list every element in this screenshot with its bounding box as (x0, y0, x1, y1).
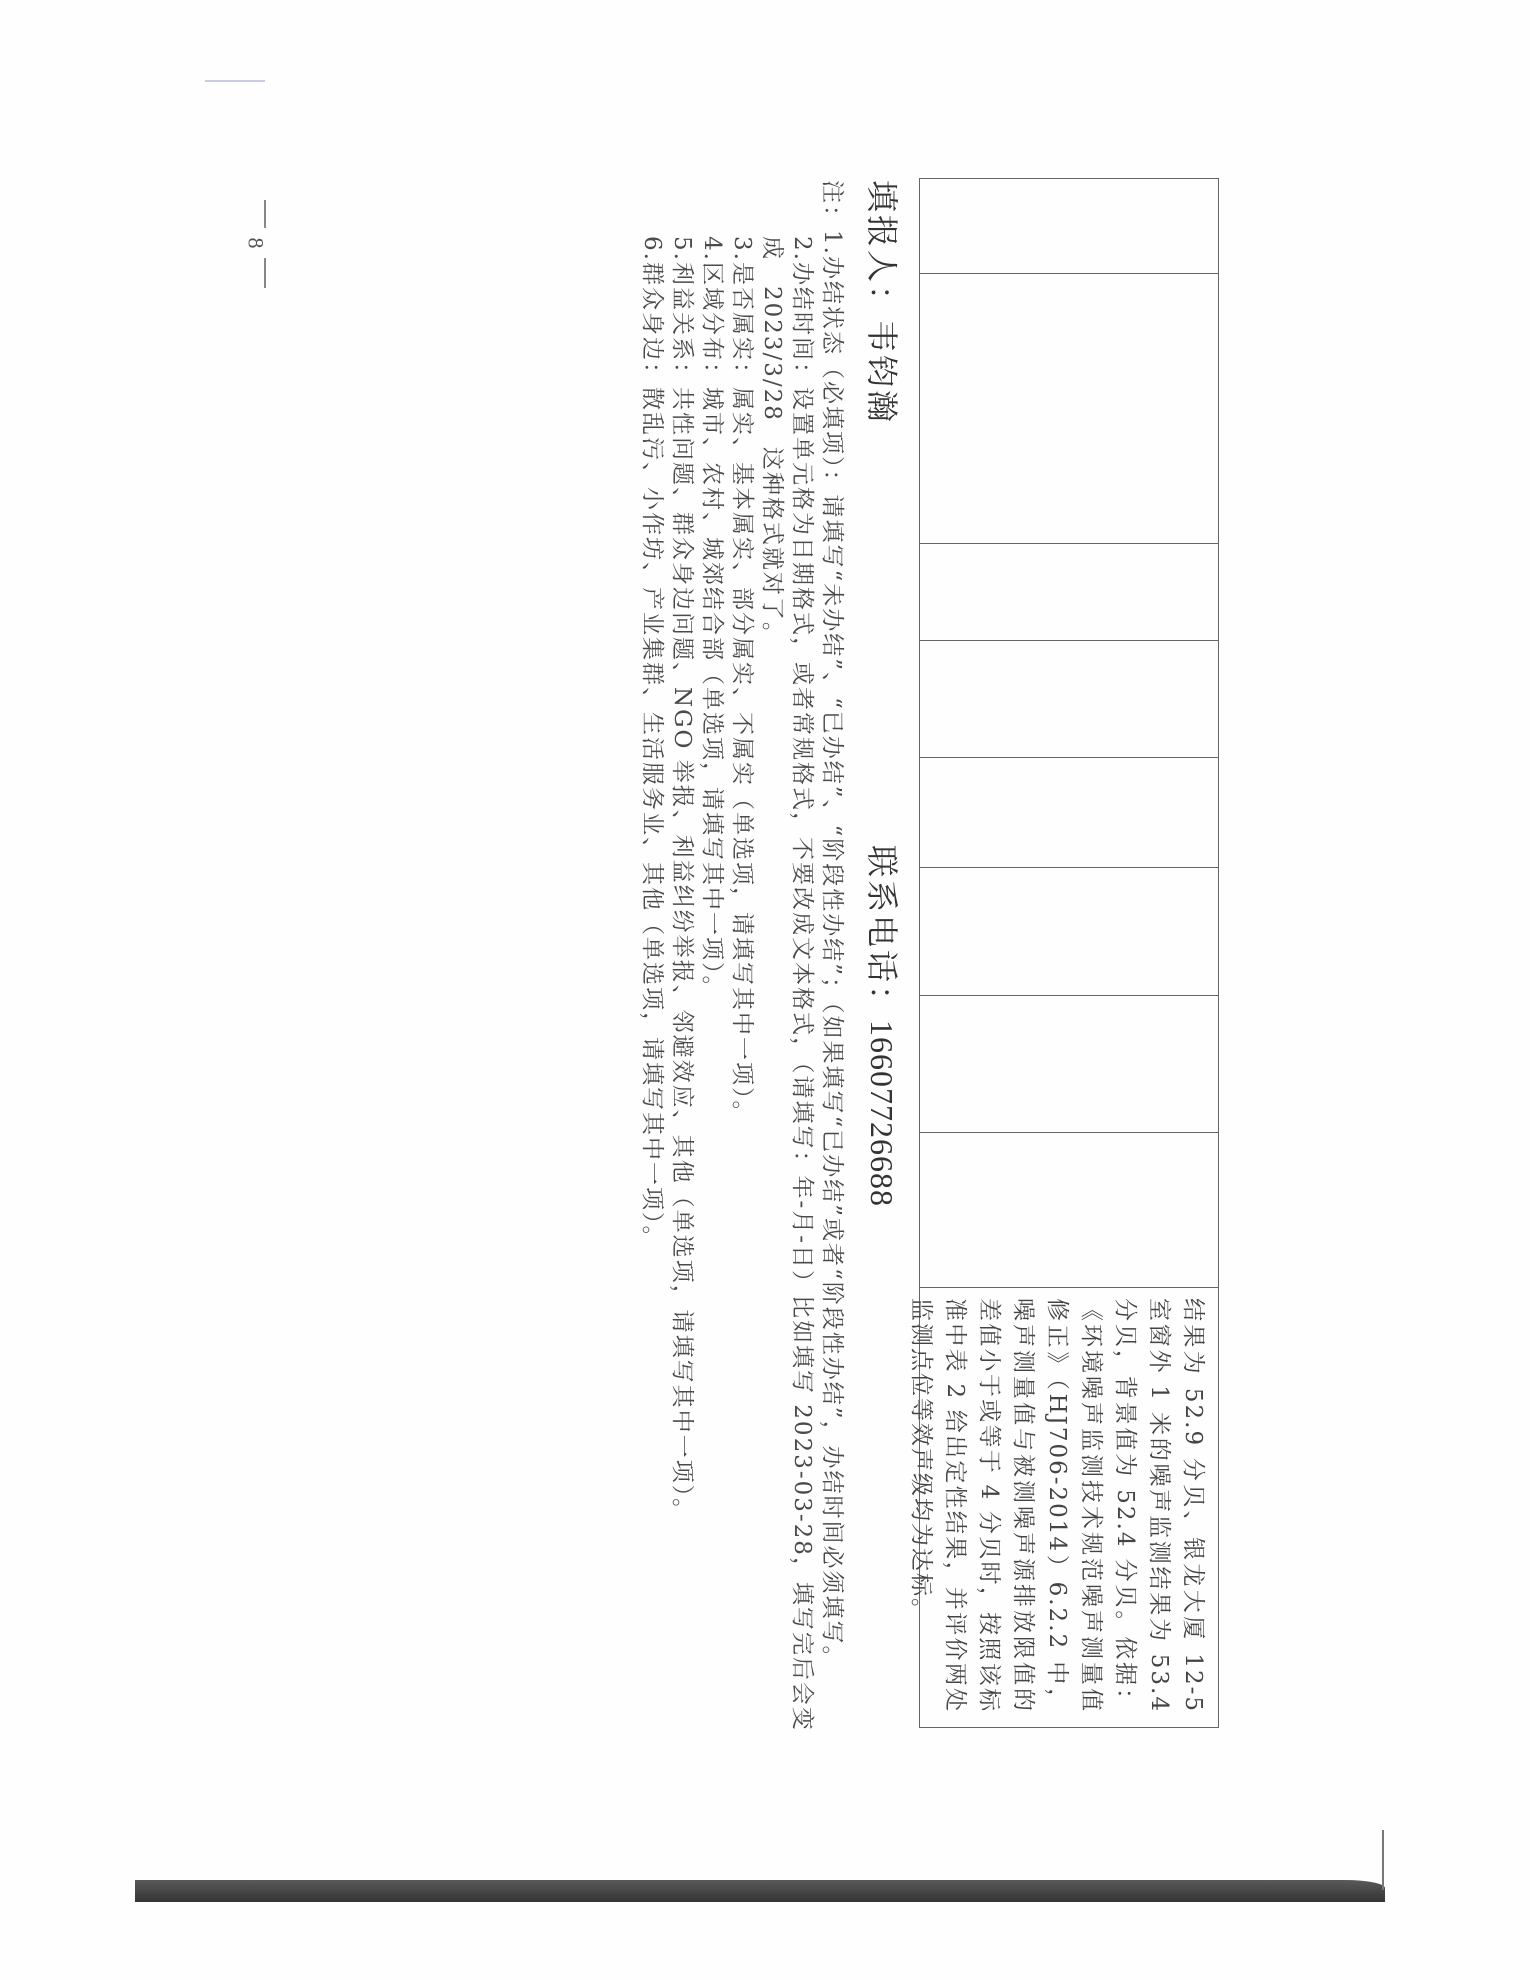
contact-number: 16607726688 (864, 1020, 900, 1207)
notes-section: 注：1.办结状态（必填项）：请填写“未办结”、“已办结”、“阶段性办结”；（如果… (637, 180, 847, 1740)
note-item-1: 注：1.办结状态（必填项）：请填写“未办结”、“已办结”、“阶段性办结”；（如果… (817, 180, 847, 1740)
note-item-6: 6.群众身边：散乱污、小作坊、产业集群、生活服务业、其他（单选项，请填写其中一项… (637, 180, 667, 1740)
notes-prefix: 注： (819, 180, 845, 230)
reporter-line: 填报人：韦钧瀚 (861, 180, 907, 425)
table-cell-result: 结果为 52.9 分贝、银龙大厦 12-5 室窗外 1 米的噪声监测结果为 53… (920, 1288, 1218, 1727)
table-cell (920, 1133, 1218, 1288)
table-cell (920, 544, 1218, 641)
contact-label: 联系电话： (863, 845, 901, 1020)
table-cell (920, 179, 1218, 274)
note-item-4: 4.区域分布：城市、农村、城郊结合部（单选项，请填写其中一项）。 (697, 180, 727, 1740)
result-text: 结果为 52.9 分贝、银龙大厦 12-5 室窗外 1 米的噪声监测结果为 53… (904, 1288, 1218, 1727)
reporter-name: 韦钧瀚 (863, 320, 901, 425)
table-cell (920, 868, 1218, 996)
table-cell (920, 641, 1218, 758)
table-cell (920, 996, 1218, 1133)
scan-shadow-bottom (135, 1880, 1385, 1902)
note-item-2: 2.办结时间：设置单元格为日期格式，或者常规格式，不要改成文本格式，（请填写：年… (757, 180, 817, 1740)
reporter-label: 填报人： (863, 180, 901, 320)
table-cell (920, 758, 1218, 868)
report-table-row: 结果为 52.9 分贝、银龙大厦 12-5 室窗外 1 米的噪声监测结果为 53… (919, 178, 1219, 1728)
table-cell (920, 274, 1218, 544)
rotated-document-content: 结果为 52.9 分贝、银龙大厦 12-5 室窗外 1 米的噪声监测结果为 53… (225, 170, 1225, 1870)
note-item-3: 3.是否属实：属实、基本属实、部分属实、不属实（单选项，请填写其中一项）。 (727, 180, 757, 1740)
scan-artifact-top (205, 80, 265, 82)
contact-line: 联系电话：16607726688 (861, 845, 907, 1207)
note-item-5: 5.利益关系：共性问题、群众身边问题、NGO 举报、利益纠纷举报、邻避效应、其他… (667, 180, 697, 1740)
scan-artifact-right (1382, 1830, 1384, 1890)
